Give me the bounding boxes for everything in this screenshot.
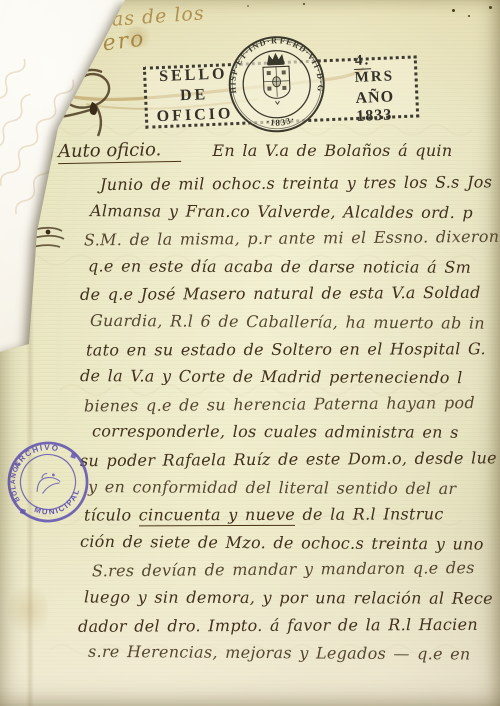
- rubric-teardrop: [90, 102, 97, 115]
- manuscript-line: dador del dro. Impto. á favor de la R.l …: [0, 610, 500, 640]
- faded-top-fragment-line2: Navero: [51, 26, 147, 62]
- tax-stamp-denomination: 4. MRS: [354, 50, 415, 86]
- manuscript-line: ción de siete de Mzo. de ochoc.s treinta…: [0, 527, 500, 558]
- manuscript-line: s.re Herencias, mejoras y Legados — q.e …: [0, 637, 500, 668]
- manuscript-line: bienes q.e de su herencia Paterna hayan …: [0, 389, 500, 421]
- manuscript-line: de q.e José Masero natural de esta V.a S…: [0, 279, 500, 309]
- rubric-flourish-icon: [28, 64, 143, 149]
- tax-stamp: SELLO DE OFICIO 4. MRS AÑO 1833: [138, 42, 427, 140]
- manuscript-line: Almansa y Fran.co Valverde, Alcaldes ord…: [0, 196, 500, 226]
- manuscript-lines: Junio de mil ochoc.s treinta y tres los …: [0, 170, 500, 667]
- manuscript-line: En la V.a de Bolaños á quin: [212, 141, 452, 160]
- manuscript-line: luego y sin demora, y por una relación a…: [0, 583, 500, 612]
- manuscript-page: …quenas de los Navero SELLO DE OFICIO 4.…: [0, 0, 500, 706]
- svg-text:BOLAÑOS: BOLAÑOS: [0, 458, 37, 503]
- denomination-value: 4.: [354, 52, 372, 70]
- tax-stamp-denomination-block: 4. MRS AÑO 1833: [354, 50, 417, 125]
- ink-speck: [247, 5, 249, 7]
- manuscript-heading: Auto oficio.: [58, 139, 182, 164]
- manuscript-line: de la V.a y Corte de Madrid perteneciend…: [0, 362, 500, 392]
- archive-stamp-emblem-icon: [32, 469, 62, 495]
- manuscript-line: S.res devían de mandar y mandaron q.e de…: [0, 554, 500, 586]
- manuscript-line: Guardia, R.l 6 de Caballería, ha muerto …: [0, 306, 500, 337]
- tax-stamp-year: AÑO 1833: [355, 87, 416, 125]
- document-photo: …quenas de los Navero SELLO DE OFICIO 4.…: [0, 0, 500, 706]
- ink-speck: [303, 3, 305, 5]
- manuscript-line: q.e en este día acaba de darse noticia á…: [0, 252, 500, 281]
- denomination-unit: MRS: [354, 68, 394, 86]
- archive-stamp-word-side: BOLAÑOS: [0, 458, 37, 503]
- manuscript-first-row: Auto oficio. En la V.a de Bolaños á quin: [0, 140, 500, 163]
- manuscript-line: Junio de mil ochoc.s treinta y tres los …: [0, 168, 500, 199]
- ink-speck: [489, 6, 492, 9]
- manuscript-line: tato en su estado de Soltero en el Hospi…: [0, 335, 500, 364]
- manuscript-line: S.M. de la misma, p.r ante mi el Essno. …: [0, 223, 500, 255]
- royal-seal-icon: HISP·ET·IND·R FERD·VII·D·G ·1833·: [219, 27, 334, 142]
- ink-speck: [452, 9, 455, 12]
- ink-speck: [468, 15, 470, 17]
- main-page-wrapper: …quenas de los Navero SELLO DE OFICIO 4.…: [0, 0, 500, 706]
